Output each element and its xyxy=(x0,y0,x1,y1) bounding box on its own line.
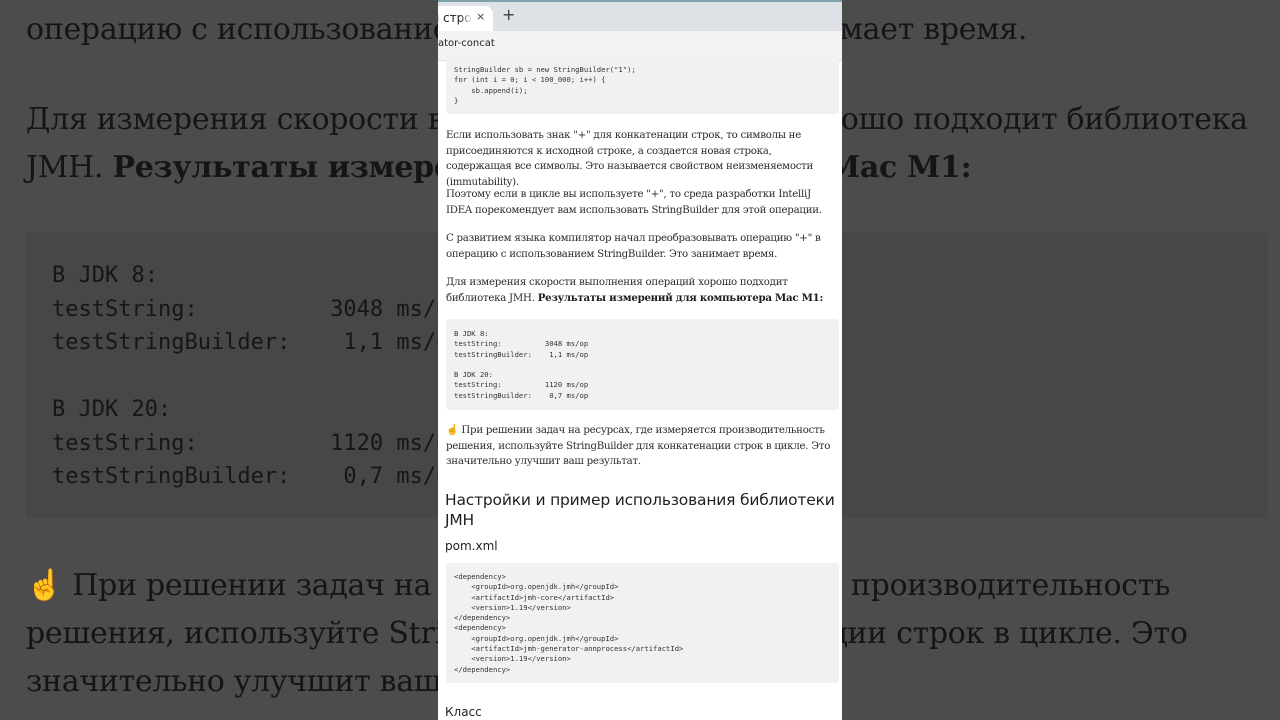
code-block-pom: <dependency> <groupId>org.openjdk.jmh</g… xyxy=(446,563,839,683)
tab-bar: я стро × + xyxy=(438,2,842,31)
heading-class: Класс xyxy=(445,704,482,720)
paragraph-jmh-bold: Результаты измерений для компьютера Mac … xyxy=(538,292,823,304)
paragraph-jmh: Для измерения скорости выполнения операц… xyxy=(446,275,838,306)
paragraph-immutability: Если использовать знак "+" для конкатена… xyxy=(446,128,838,190)
address-text[interactable]: ator-concat xyxy=(438,38,495,49)
code-block-results: В JDK 8: testString: 3048 ms/op testStri… xyxy=(446,319,839,410)
code-text: StringBuilder sb = new StringBuilder("1"… xyxy=(454,65,636,106)
code-block-stringbuilder: StringBuilder sb = new StringBuilder("1"… xyxy=(446,53,839,114)
tab-active[interactable]: я стро × xyxy=(438,6,493,31)
tab-title: я стро xyxy=(438,11,472,25)
new-tab-button[interactable]: + xyxy=(502,5,515,24)
paragraph-tip-text: При решении задач на ресурсах, где измер… xyxy=(446,425,830,467)
heading-settings: Настройки и пример использования библиот… xyxy=(445,490,837,530)
heading-pom: pom.xml xyxy=(445,538,498,554)
code-text: В JDK 8: testString: 3048 ms/op testStri… xyxy=(454,329,588,401)
pointing-finger-icon: ☝ xyxy=(26,568,63,603)
paragraph-intellij: Поэтому если в цикле вы используете "+",… xyxy=(446,187,838,218)
pointing-finger-icon: ☝ xyxy=(446,425,458,436)
paragraph-tip: ☝ При решении задач на ресурсах, где изм… xyxy=(446,423,838,470)
bg-line-3-plain: JMH. xyxy=(26,150,112,185)
paragraph-compiler: С развитием языка компилятор начал преоб… xyxy=(446,231,838,262)
close-icon[interactable]: × xyxy=(476,10,485,23)
code-text: <dependency> <groupId>org.openjdk.jmh</g… xyxy=(454,572,683,675)
bg-code-text: В JDK 8: testString: 3048 ms/op testStri… xyxy=(52,259,463,494)
browser-window: я стро × + ator-concat StringBuilder sb … xyxy=(438,0,842,720)
